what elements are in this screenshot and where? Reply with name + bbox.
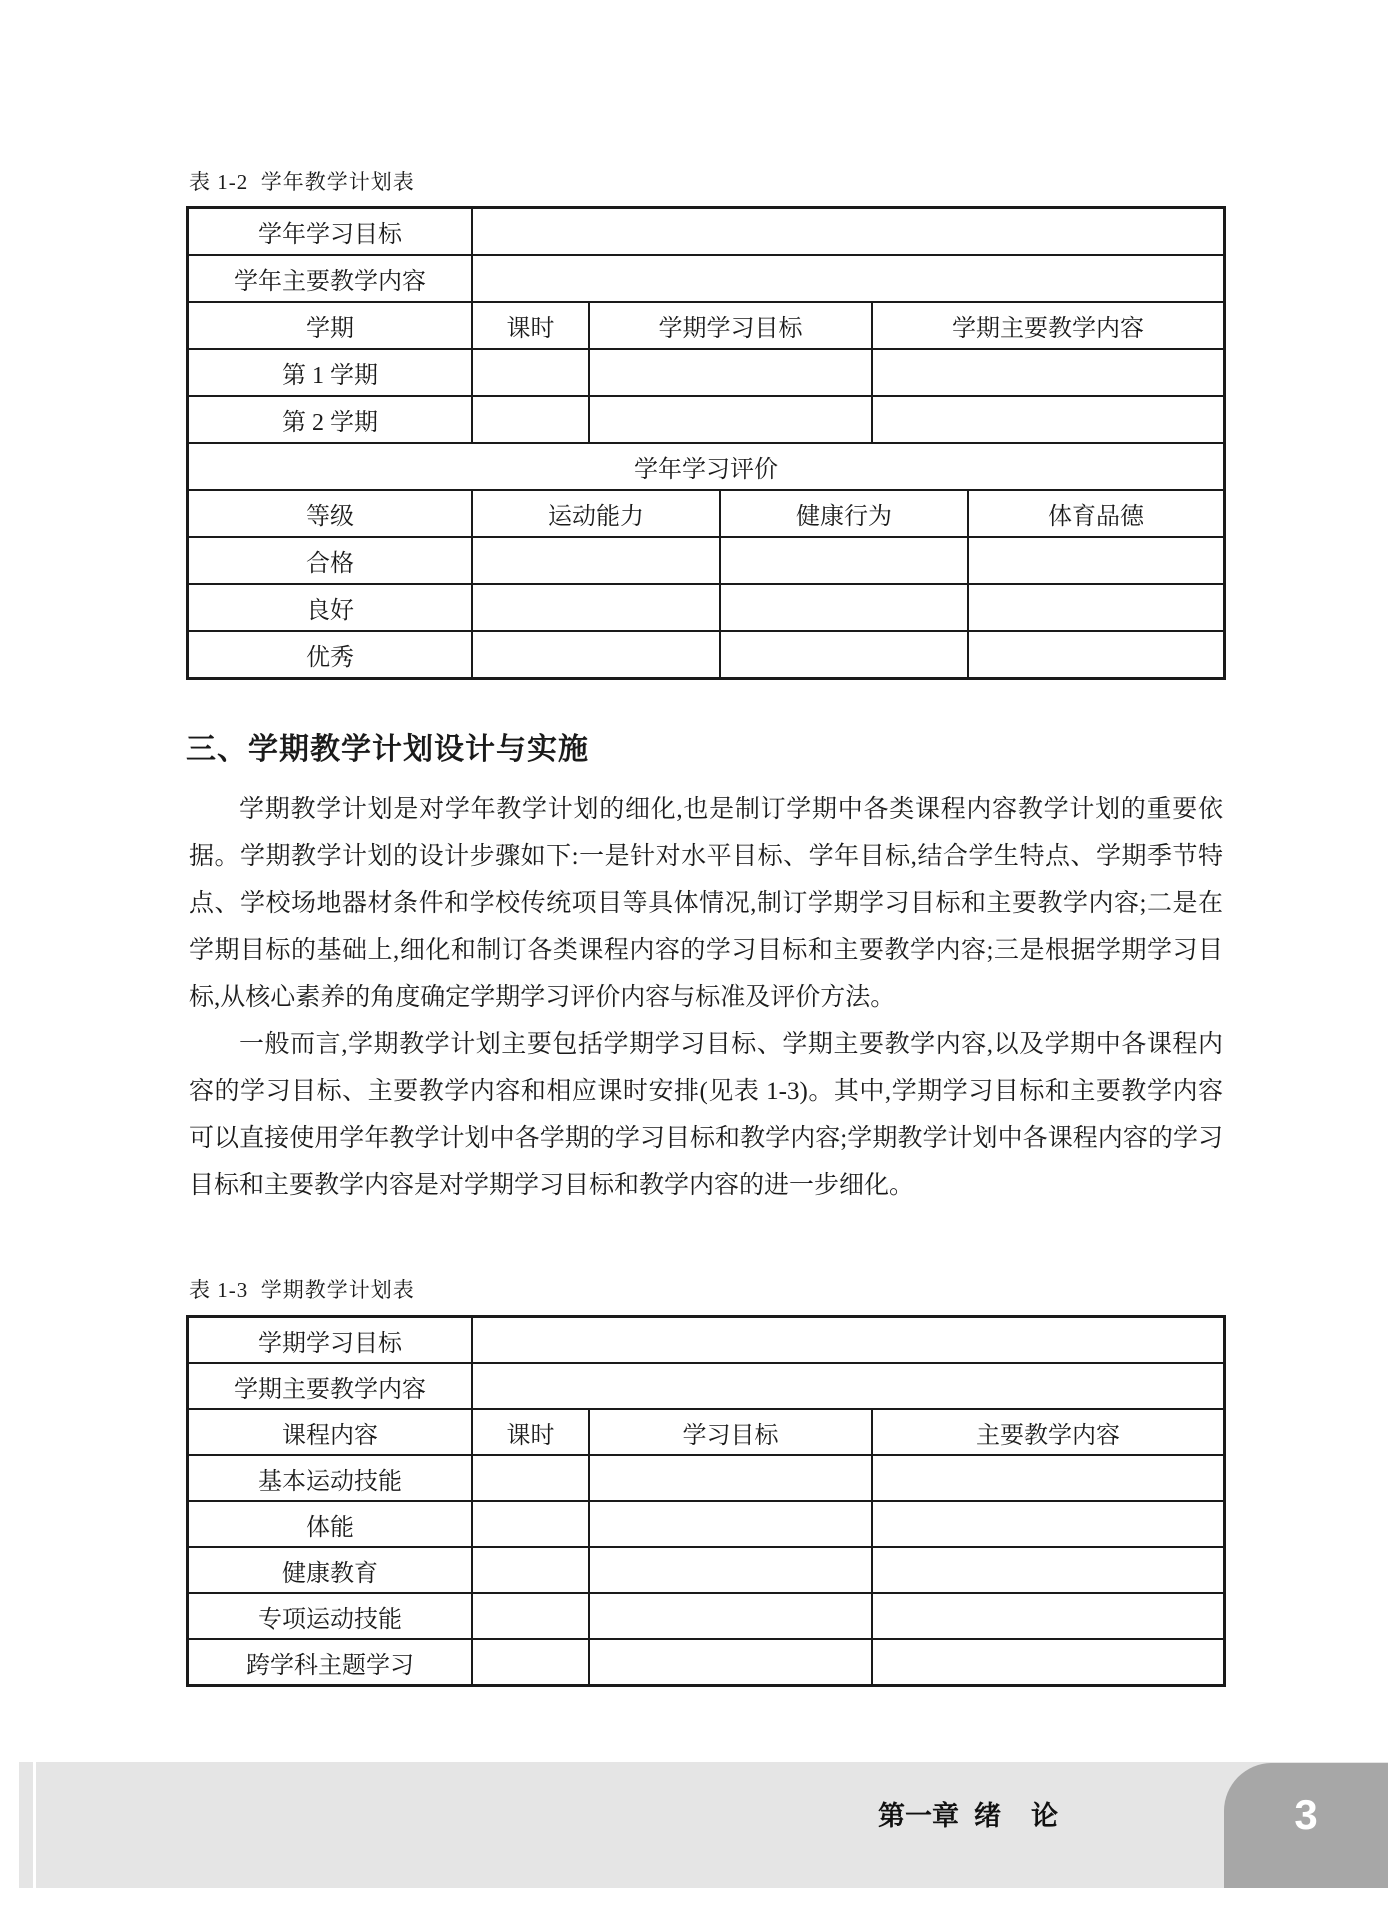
empty-cell [473, 209, 1223, 254]
table-row: 优秀 [189, 632, 1223, 677]
empty-cell [590, 350, 873, 395]
header-semester-content: 学期主要教学内容 [873, 303, 1223, 348]
table-row: 学期主要教学内容 [189, 1364, 1223, 1410]
empty-cell [969, 632, 1223, 677]
empty-cell [969, 585, 1223, 630]
eval-header-row: 等级 运动能力 健康行为 体育品德 [189, 491, 1223, 538]
table-row: 学年主要教学内容 [189, 256, 1223, 303]
table-header-row: 课程内容 课时 学习目标 主要教学内容 [189, 1410, 1223, 1456]
table-row: 第 2 学期 [189, 397, 1223, 444]
empty-cell [873, 1548, 1223, 1592]
table-1-3-caption: 表 1-3 学期教学计划表 [189, 1274, 415, 1304]
empty-cell [873, 1640, 1223, 1684]
paragraph-1: 学期教学计划是对学年教学计划的细化,也是制订学期中各类课程内容教学计划的重要依据… [189, 786, 1223, 1021]
table-row: 学年学习目标 [189, 209, 1223, 256]
grade-pass-label: 合格 [189, 538, 473, 583]
empty-cell [721, 585, 969, 630]
page-number: 3 [1294, 1791, 1317, 1839]
annual-content-label: 学年主要教学内容 [189, 256, 473, 301]
empty-cell [590, 397, 873, 442]
table-row: 第 1 学期 [189, 350, 1223, 397]
empty-cell [873, 1502, 1223, 1546]
header-semester: 学期 [189, 303, 473, 348]
table-1-2: 学年学习目标 学年主要教学内容 学期 课时 学期学习目标 学期主要教学内容 第 … [186, 206, 1226, 680]
table-row: 良好 [189, 585, 1223, 632]
empty-cell [590, 1548, 873, 1592]
semester-1-label: 第 1 学期 [189, 350, 473, 395]
semester-content-label: 学期主要教学内容 [189, 1364, 473, 1408]
header-hours: 课时 [473, 303, 590, 348]
footer-chapter-title: 第一章 绪 论 [878, 1794, 1058, 1833]
table-1-2-caption: 表 1-2 学年教学计划表 [189, 166, 415, 196]
header-course-content: 课程内容 [189, 1410, 473, 1454]
empty-cell [473, 1318, 1223, 1362]
header-semester-goal: 学期学习目标 [590, 303, 873, 348]
empty-cell [473, 1502, 590, 1546]
empty-cell [873, 1456, 1223, 1500]
annual-goal-label: 学年学习目标 [189, 209, 473, 254]
eval-title: 学年学习评价 [189, 444, 1223, 489]
empty-cell [473, 585, 721, 630]
header-health-behavior: 健康行为 [721, 491, 969, 536]
empty-cell [590, 1502, 873, 1546]
section-heading: 三、学期教学计划设计与实施 [186, 724, 589, 768]
empty-cell [473, 397, 590, 442]
special-sport-skills-label: 专项运动技能 [189, 1594, 473, 1638]
header-main-content: 主要教学内容 [873, 1410, 1223, 1454]
table-row: 体能 [189, 1502, 1223, 1548]
empty-cell [873, 397, 1223, 442]
physical-fitness-label: 体能 [189, 1502, 473, 1546]
semester-goal-label: 学期学习目标 [189, 1318, 473, 1362]
empty-cell [473, 1594, 590, 1638]
header-sports-morality: 体育品德 [969, 491, 1223, 536]
basic-motor-skills-label: 基本运动技能 [189, 1456, 473, 1500]
empty-cell [590, 1594, 873, 1638]
header-learning-goal: 学习目标 [590, 1410, 873, 1454]
footer-page-tab: 3 [1224, 1763, 1388, 1888]
health-education-label: 健康教育 [189, 1548, 473, 1592]
empty-cell [473, 632, 721, 677]
empty-cell [473, 1548, 590, 1592]
empty-cell [721, 538, 969, 583]
grade-excellent-label: 优秀 [189, 632, 473, 677]
book-page: 表 1-2 学年教学计划表 学年学习目标 学年主要教学内容 学期 课时 学期学习… [0, 0, 1388, 1917]
table-1-3: 学期学习目标 学期主要教学内容 课程内容 课时 学习目标 主要教学内容 基本运动… [186, 1315, 1226, 1687]
table-header-row: 学期 课时 学期学习目标 学期主要教学内容 [189, 303, 1223, 350]
body-text: 学期教学计划是对学年教学计划的细化,也是制订学期中各类课程内容教学计划的重要依据… [189, 786, 1223, 1209]
footer-band [36, 1762, 1388, 1888]
table-row: 基本运动技能 [189, 1456, 1223, 1502]
empty-cell [873, 1594, 1223, 1638]
paragraph-2: 一般而言,学期教学计划主要包括学期学习目标、学期主要教学内容,以及学期中各课程内… [189, 1021, 1223, 1209]
header-motor-ability: 运动能力 [473, 491, 721, 536]
header-grade: 等级 [189, 491, 473, 536]
empty-cell [473, 1364, 1223, 1408]
empty-cell [473, 1640, 590, 1684]
table-row: 健康教育 [189, 1548, 1223, 1594]
table-row: 学期学习目标 [189, 1318, 1223, 1364]
empty-cell [873, 350, 1223, 395]
empty-cell [473, 256, 1223, 301]
empty-cell [721, 632, 969, 677]
table-row: 专项运动技能 [189, 1594, 1223, 1640]
empty-cell [473, 350, 590, 395]
interdisciplinary-learning-label: 跨学科主题学习 [189, 1640, 473, 1684]
empty-cell [590, 1456, 873, 1500]
empty-cell [590, 1640, 873, 1684]
table-row: 合格 [189, 538, 1223, 585]
empty-cell [969, 538, 1223, 583]
grade-good-label: 良好 [189, 585, 473, 630]
eval-title-row: 学年学习评价 [189, 444, 1223, 491]
semester-2-label: 第 2 学期 [189, 397, 473, 442]
table-row: 跨学科主题学习 [189, 1640, 1223, 1684]
header-hours: 课时 [473, 1410, 590, 1454]
empty-cell [473, 1456, 590, 1500]
footer-left-strip [19, 1762, 33, 1888]
empty-cell [473, 538, 721, 583]
